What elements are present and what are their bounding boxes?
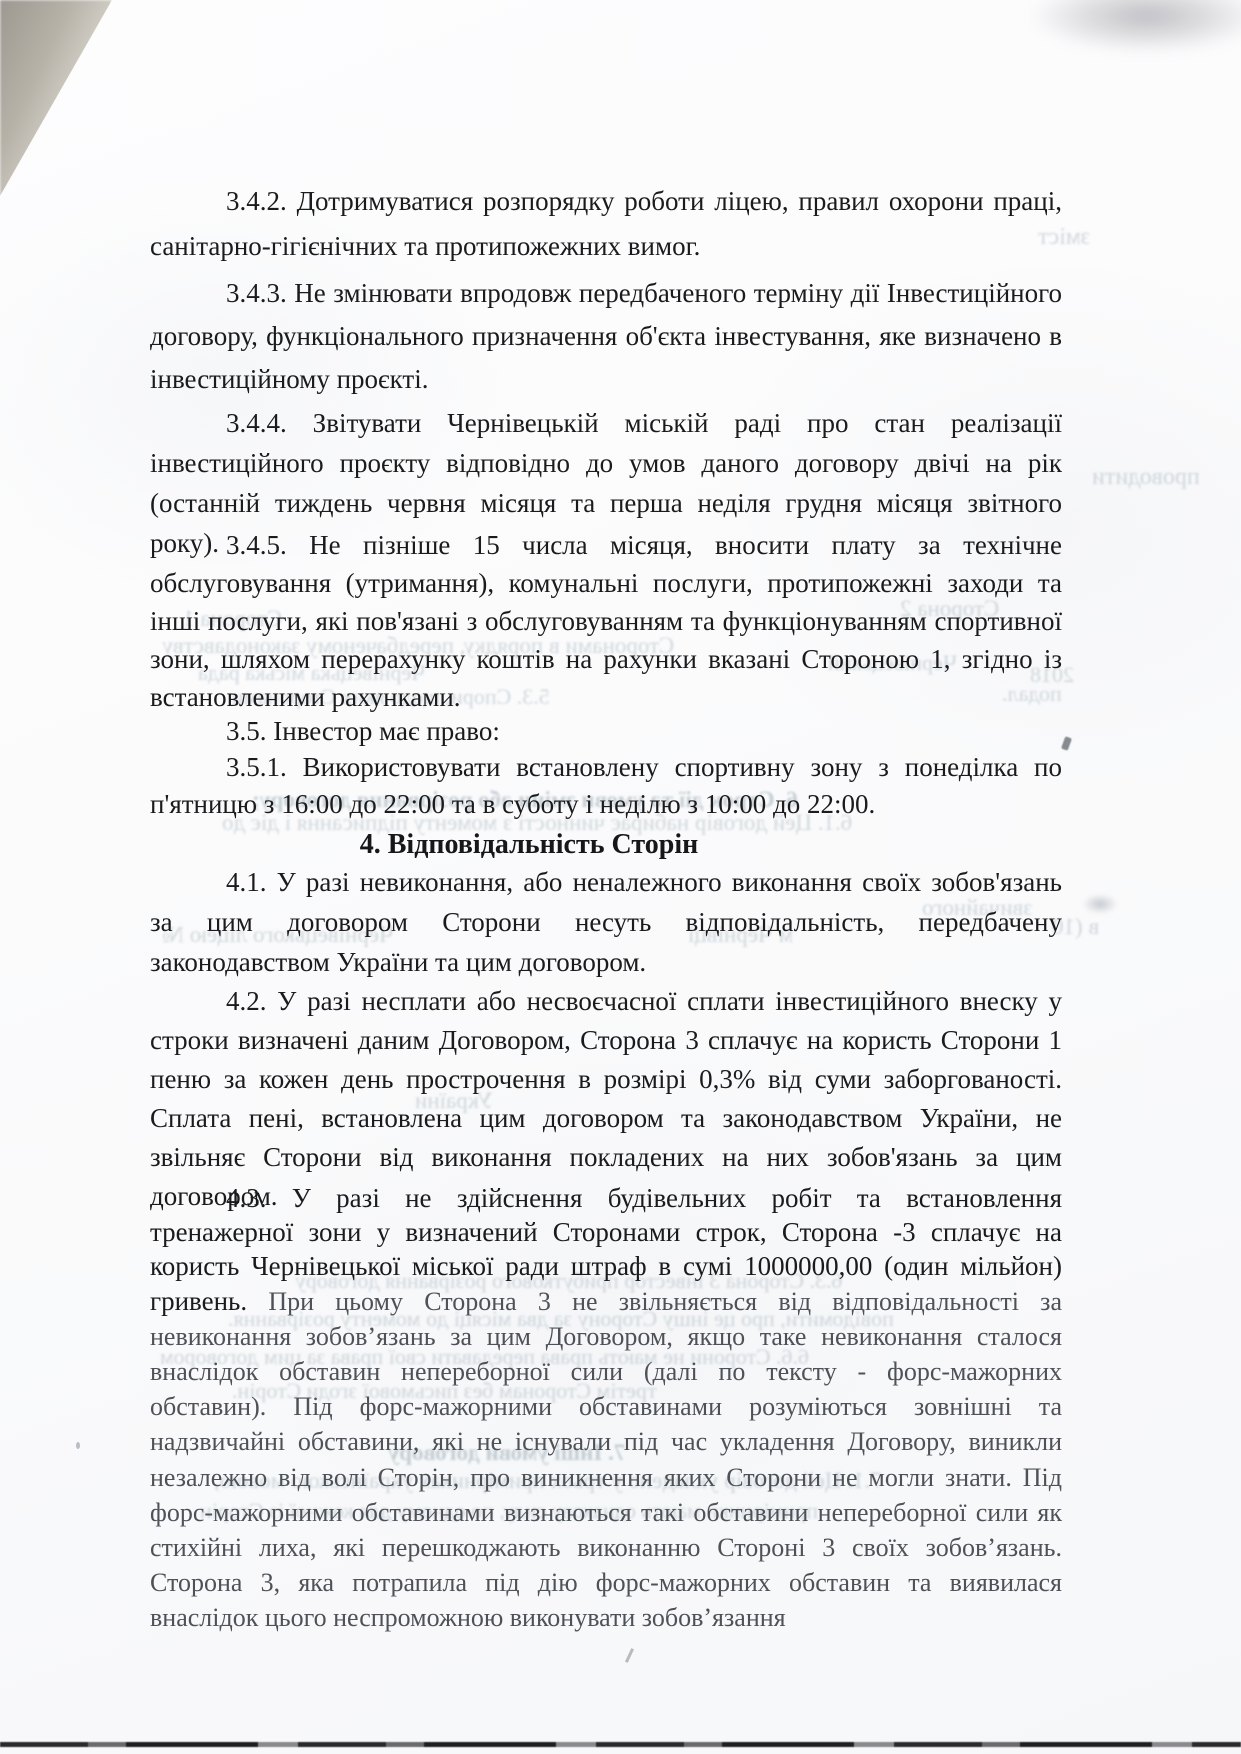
paragraph-3.4.5: 3.4.5. Не пізніше 15 числа місяця, вноси… [150, 526, 1062, 716]
paragraph-text: 3.4.5. Не пізніше 15 числа місяця, вноси… [150, 530, 1062, 712]
ink-speck [76, 1442, 80, 1449]
paragraph-3.4.3: 3.4.3. Не змінювати впродовж передбачено… [150, 272, 1062, 401]
paragraph-3.5.1: 3.5.1. Використовувати встановлену спорт… [150, 749, 1062, 823]
paragraph-text: 4.1. У разі невиконання, або неналежного… [150, 867, 1062, 977]
scanner-edge-artifact [0, 0, 112, 196]
scan-smudge-top-right [1027, 0, 1241, 54]
paragraph-3.5: 3.5. Інвестор має право: [150, 713, 1062, 749]
paragraph-4.3: 4.3. У разі не здійснення будівельних ро… [150, 1181, 1062, 1636]
paragraph-3.4.2: 3.4.2. Дотримуватися розпорядку роботи л… [150, 179, 1062, 269]
paragraph-text: 4. Відповідальність Сторін [360, 829, 699, 860]
bleedthrough-text: проводити [1092, 464, 1200, 491]
paragraph-4.1: 4.1. У разі невиконання, або неналежного… [150, 862, 1062, 982]
scan-smudge-right [1082, 894, 1118, 914]
paragraph-text: 3.4.2. Дотримуватися розпорядку роботи л… [150, 186, 1062, 261]
paragraph-text: 3.5. Інвестор має право: [226, 716, 500, 746]
scanned-contract-page: змістпроводитиСторона 1Сторона 2Сторонам… [0, 0, 1241, 1754]
section-heading-4: 4. Відповідальність Сторін [150, 829, 908, 861]
paragraph-text: 4.2. У разі несплати або несвоєчасної сп… [150, 986, 1062, 1211]
paragraph-text-light: При цьому Сторона 3 не звільняється від … [150, 1287, 1062, 1633]
paragraph-text: 3.4.3. Не змінювати впродовж передбачено… [150, 278, 1062, 394]
ink-speck [625, 1648, 634, 1663]
ink-speck [1061, 736, 1072, 751]
paragraph-text: 3.5.1. Використовувати встановлену спорт… [150, 752, 1062, 819]
scan-edge-bottom [0, 1742, 1241, 1747]
